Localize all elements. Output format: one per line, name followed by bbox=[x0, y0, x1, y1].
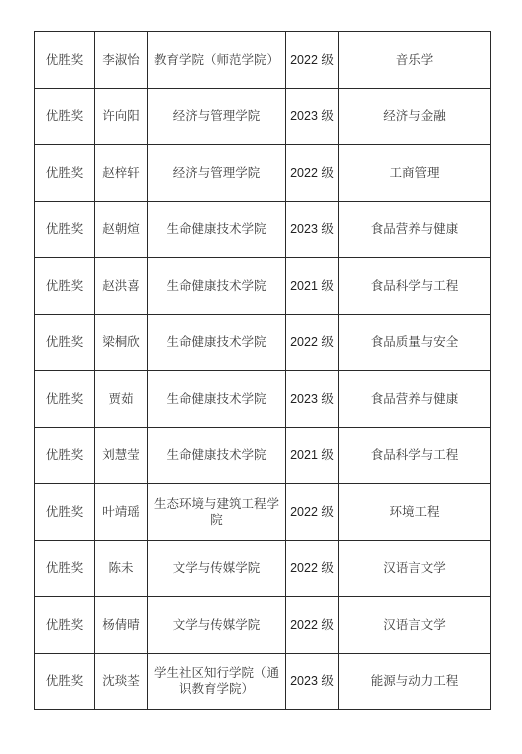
student-name-cell: 李淑怡 bbox=[95, 32, 148, 89]
grade-cell: 2022 级 bbox=[286, 314, 339, 371]
college-cell: 学生社区知行学院（通识教育学院） bbox=[148, 653, 286, 710]
grade-cell: 2021 级 bbox=[286, 258, 339, 315]
table-row: 优胜奖 刘慧莹 生命健康技术学院 2021 级 食品科学与工程 bbox=[35, 427, 491, 484]
award-cell: 优胜奖 bbox=[35, 32, 95, 89]
student-name-cell: 杨倩晴 bbox=[95, 597, 148, 654]
student-name-cell: 赵梓轩 bbox=[95, 145, 148, 202]
award-winners-table: 优胜奖 李淑怡 教育学院（师范学院） 2022 级 音乐学 优胜奖 许向阳 经济… bbox=[34, 31, 491, 710]
table-row: 优胜奖 贾茹 生命健康技术学院 2023 级 食品营养与健康 bbox=[35, 371, 491, 428]
award-cell: 优胜奖 bbox=[35, 258, 95, 315]
table-row: 优胜奖 赵梓轩 经济与管理学院 2022 级 工商管理 bbox=[35, 145, 491, 202]
award-cell: 优胜奖 bbox=[35, 427, 95, 484]
award-cell: 优胜奖 bbox=[35, 540, 95, 597]
grade-cell: 2022 级 bbox=[286, 540, 339, 597]
table-row: 优胜奖 杨倩晴 文学与传媒学院 2022 级 汉语言文学 bbox=[35, 597, 491, 654]
college-cell: 文学与传媒学院 bbox=[148, 597, 286, 654]
award-cell: 优胜奖 bbox=[35, 484, 95, 541]
student-name-cell: 贾茹 bbox=[95, 371, 148, 428]
college-cell: 文学与传媒学院 bbox=[148, 540, 286, 597]
major-cell: 食品科学与工程 bbox=[339, 258, 491, 315]
table-row: 优胜奖 叶靖瑶 生态环境与建筑工程学院 2022 级 环境工程 bbox=[35, 484, 491, 541]
major-cell: 食品营养与健康 bbox=[339, 371, 491, 428]
table-row: 优胜奖 陈未 文学与传媒学院 2022 级 汉语言文学 bbox=[35, 540, 491, 597]
table-row: 优胜奖 李淑怡 教育学院（师范学院） 2022 级 音乐学 bbox=[35, 32, 491, 89]
college-cell: 生命健康技术学院 bbox=[148, 427, 286, 484]
student-name-cell: 梁桐欣 bbox=[95, 314, 148, 371]
table-row: 优胜奖 赵洪喜 生命健康技术学院 2021 级 食品科学与工程 bbox=[35, 258, 491, 315]
award-cell: 优胜奖 bbox=[35, 314, 95, 371]
grade-cell: 2023 级 bbox=[286, 201, 339, 258]
award-cell: 优胜奖 bbox=[35, 88, 95, 145]
student-name-cell: 陈未 bbox=[95, 540, 148, 597]
major-cell: 食品质量与安全 bbox=[339, 314, 491, 371]
table-row: 优胜奖 赵朝煊 生命健康技术学院 2023 级 食品营养与健康 bbox=[35, 201, 491, 258]
major-cell: 经济与金融 bbox=[339, 88, 491, 145]
table-row: 优胜奖 许向阳 经济与管理学院 2023 级 经济与金融 bbox=[35, 88, 491, 145]
major-cell: 食品营养与健康 bbox=[339, 201, 491, 258]
award-cell: 优胜奖 bbox=[35, 145, 95, 202]
major-cell: 汉语言文学 bbox=[339, 597, 491, 654]
table-row: 优胜奖 沈琰荃 学生社区知行学院（通识教育学院） 2023 级 能源与动力工程 bbox=[35, 653, 491, 710]
college-cell: 生命健康技术学院 bbox=[148, 258, 286, 315]
student-name-cell: 许向阳 bbox=[95, 88, 148, 145]
student-name-cell: 叶靖瑶 bbox=[95, 484, 148, 541]
document-page: 优胜奖 李淑怡 教育学院（师范学院） 2022 级 音乐学 优胜奖 许向阳 经济… bbox=[0, 0, 522, 754]
grade-cell: 2021 级 bbox=[286, 427, 339, 484]
major-cell: 环境工程 bbox=[339, 484, 491, 541]
grade-cell: 2023 级 bbox=[286, 653, 339, 710]
grade-cell: 2022 级 bbox=[286, 484, 339, 541]
grade-cell: 2023 级 bbox=[286, 371, 339, 428]
student-name-cell: 赵朝煊 bbox=[95, 201, 148, 258]
award-cell: 优胜奖 bbox=[35, 201, 95, 258]
college-cell: 生态环境与建筑工程学院 bbox=[148, 484, 286, 541]
major-cell: 工商管理 bbox=[339, 145, 491, 202]
college-cell: 生命健康技术学院 bbox=[148, 201, 286, 258]
grade-cell: 2022 级 bbox=[286, 32, 339, 89]
student-name-cell: 赵洪喜 bbox=[95, 258, 148, 315]
grade-cell: 2023 级 bbox=[286, 88, 339, 145]
major-cell: 食品科学与工程 bbox=[339, 427, 491, 484]
major-cell: 能源与动力工程 bbox=[339, 653, 491, 710]
award-cell: 优胜奖 bbox=[35, 371, 95, 428]
major-cell: 音乐学 bbox=[339, 32, 491, 89]
grade-cell: 2022 级 bbox=[286, 145, 339, 202]
college-cell: 生命健康技术学院 bbox=[148, 314, 286, 371]
college-cell: 教育学院（师范学院） bbox=[148, 32, 286, 89]
grade-cell: 2022 级 bbox=[286, 597, 339, 654]
table-row: 优胜奖 梁桐欣 生命健康技术学院 2022 级 食品质量与安全 bbox=[35, 314, 491, 371]
student-name-cell: 沈琰荃 bbox=[95, 653, 148, 710]
college-cell: 生命健康技术学院 bbox=[148, 371, 286, 428]
award-cell: 优胜奖 bbox=[35, 597, 95, 654]
student-name-cell: 刘慧莹 bbox=[95, 427, 148, 484]
major-cell: 汉语言文学 bbox=[339, 540, 491, 597]
college-cell: 经济与管理学院 bbox=[148, 145, 286, 202]
college-cell: 经济与管理学院 bbox=[148, 88, 286, 145]
award-cell: 优胜奖 bbox=[35, 653, 95, 710]
